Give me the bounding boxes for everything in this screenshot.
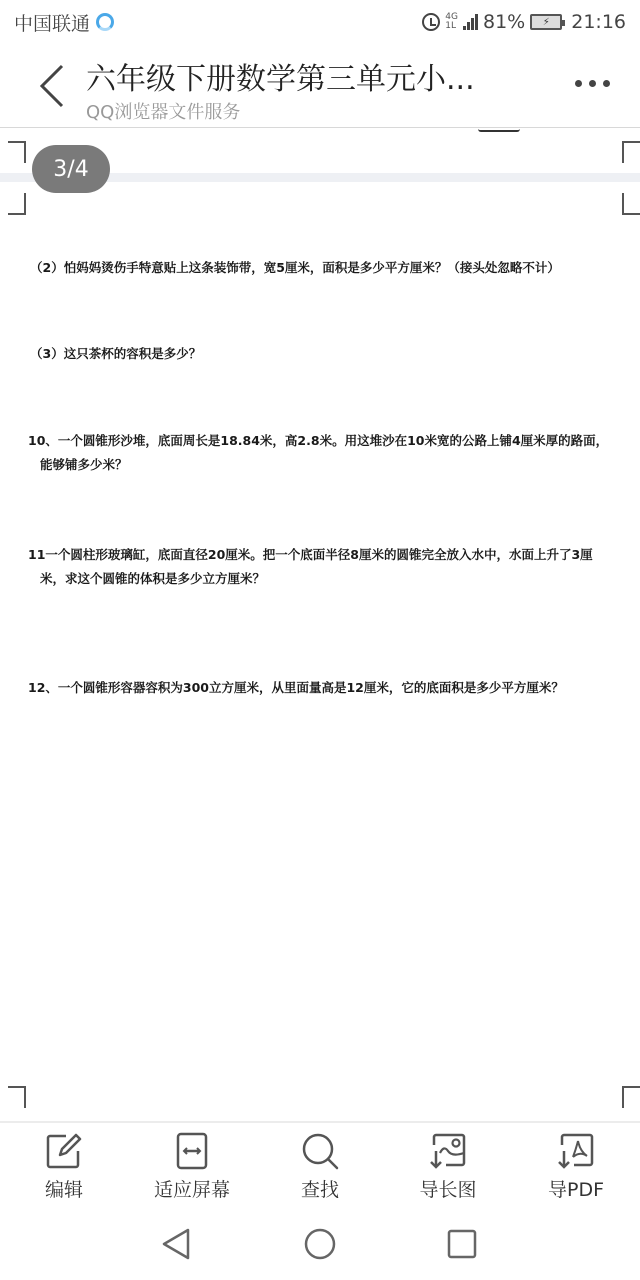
edit-label: 编辑 bbox=[45, 1175, 83, 1202]
page-indicator: 3/4 bbox=[32, 145, 110, 193]
status-left: 中国联通 bbox=[14, 9, 114, 36]
document-viewport[interactable]: 3/4 （2）怕妈妈烫伤手特意贴上这条装饰带，宽5厘米，面积是多少平方厘米？（接… bbox=[0, 129, 640, 1121]
fit-screen-icon bbox=[172, 1131, 212, 1171]
crop-mark-icon bbox=[622, 193, 640, 215]
question-10: 10、一个圆锥形沙堆，底面周长是18.84米，高2.8米。用这堆沙在10米宽的公… bbox=[28, 429, 608, 477]
export-long-image-label: 导长图 bbox=[419, 1175, 476, 1202]
recent-square-icon[interactable] bbox=[445, 1227, 479, 1261]
export-pdf-button[interactable]: 导PDF bbox=[512, 1123, 640, 1205]
status-bar: 中国联通 4G 1L 81% ⚡ 21:16 bbox=[0, 0, 640, 44]
search-button[interactable]: 查找 bbox=[256, 1123, 384, 1205]
question-line: （3）这只茶杯的容积是多少？ bbox=[30, 342, 201, 366]
question-line: 米，求这个圆锥的体积是多少立方厘米？ bbox=[28, 567, 593, 591]
question-9-2: （2）怕妈妈烫伤手特意贴上这条装饰带，宽5厘米，面积是多少平方厘米？（接头处忽略… bbox=[30, 256, 560, 280]
previous-page-edge bbox=[478, 129, 520, 132]
carrier-name: 中国联通 bbox=[14, 9, 90, 36]
question-line: 能够铺多少米？ bbox=[28, 453, 608, 477]
clock: 21:16 bbox=[571, 11, 626, 33]
question-line: 12、一个圆锥形容器容积为300立方厘米，从里面量高是12厘米，它的底面积是多少… bbox=[28, 676, 564, 700]
question-9-3: （3）这只茶杯的容积是多少？ bbox=[30, 342, 201, 366]
signal-icon bbox=[463, 14, 478, 30]
crop-mark-icon bbox=[8, 141, 26, 163]
bottom-toolbar: 编辑 适应屏幕 查找 导长图 bbox=[0, 1121, 640, 1205]
export-long-image-icon bbox=[428, 1131, 468, 1171]
system-navigation-bar bbox=[0, 1205, 640, 1280]
crop-mark-icon bbox=[622, 141, 640, 163]
search-label: 查找 bbox=[301, 1175, 339, 1202]
app-header: 六年级下册数学第三单元小... QQ浏览器文件服务 bbox=[0, 44, 640, 128]
question-line: 10、一个圆锥形沙堆，底面周长是18.84米，高2.8米。用这堆沙在10米宽的公… bbox=[28, 429, 608, 453]
alarm-icon bbox=[422, 13, 440, 31]
edit-icon bbox=[44, 1131, 84, 1171]
fit-screen-label: 适应屏幕 bbox=[154, 1175, 230, 1202]
question-line: （2）怕妈妈烫伤手特意贴上这条装饰带，宽5厘米，面积是多少平方厘米？（接头处忽略… bbox=[30, 256, 560, 280]
more-options-button[interactable] bbox=[575, 74, 610, 93]
question-12: 12、一个圆锥形容器容积为300立方厘米，从里面量高是12厘米，它的底面积是多少… bbox=[28, 676, 564, 700]
battery-charging-icon: ⚡ bbox=[530, 14, 562, 30]
crop-mark-icon bbox=[622, 1086, 640, 1108]
battery-percent: 81% bbox=[483, 11, 525, 33]
question-11: 11一个圆柱形玻璃缸，底面直径20厘米。把一个底面半径8厘米的圆锥完全放入水中，… bbox=[28, 543, 593, 591]
document-title: 六年级下册数学第三单元小... bbox=[86, 54, 475, 98]
back-button[interactable] bbox=[34, 62, 74, 110]
document-source: QQ浏览器文件服务 bbox=[86, 98, 240, 124]
export-long-image-button[interactable]: 导长图 bbox=[384, 1123, 512, 1205]
qq-browser-logo-icon bbox=[96, 13, 114, 31]
status-right: 4G 1L 81% ⚡ 21:16 bbox=[422, 11, 626, 33]
network-sub-label: 1L bbox=[445, 22, 458, 31]
search-icon bbox=[300, 1131, 340, 1171]
network-type: 4G 1L bbox=[445, 13, 458, 31]
home-circle-icon[interactable] bbox=[303, 1227, 337, 1261]
export-pdf-label: 导PDF bbox=[548, 1175, 604, 1202]
fit-screen-button[interactable]: 适应屏幕 bbox=[128, 1123, 256, 1205]
edit-button[interactable]: 编辑 bbox=[0, 1123, 128, 1205]
crop-mark-icon bbox=[8, 193, 26, 215]
more-horizontal-icon bbox=[575, 80, 582, 87]
export-pdf-icon bbox=[556, 1131, 596, 1171]
chevron-left-icon bbox=[34, 62, 74, 110]
question-line: 11一个圆柱形玻璃缸，底面直径20厘米。把一个底面半径8厘米的圆锥完全放入水中，… bbox=[28, 543, 593, 567]
back-triangle-icon[interactable] bbox=[160, 1227, 194, 1261]
crop-mark-icon bbox=[8, 1086, 26, 1108]
